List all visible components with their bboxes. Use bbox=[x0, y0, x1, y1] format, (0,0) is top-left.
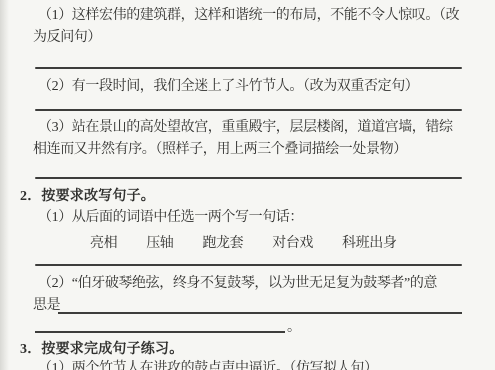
q1-item1-line1: （1）这样宏伟的建筑群，这样和谐统一的布局，不能不令人惊叹。（改 bbox=[38, 8, 459, 23]
answer-line-3 bbox=[35, 177, 462, 179]
fill-in-blank-1 bbox=[58, 312, 462, 314]
scan-edge-shadow bbox=[0, 0, 9, 370]
answer-line-4 bbox=[35, 264, 462, 266]
fill-in-blank-2 bbox=[35, 331, 285, 333]
q1-item1-line2: 为反问句） bbox=[33, 30, 101, 45]
q1-item3-line1: （3）站在景山的高处望故宫，重重殿宇，层层楼阁，道道宫墙，错综 bbox=[38, 120, 453, 135]
blank-end-period: 。 bbox=[287, 320, 301, 335]
word-bank-item: 跑龙套 bbox=[202, 232, 243, 252]
word-bank-item: 亮相 bbox=[90, 232, 117, 252]
q3-item1-partial: （1）两个竹节人在进攻的鼓点声中逼近。（仿写拟人句） bbox=[38, 361, 378, 370]
word-bank-item: 科班出身 bbox=[342, 232, 396, 252]
word-bank-item: 压轴 bbox=[146, 232, 173, 252]
word-bank-item: 对台戏 bbox=[272, 232, 313, 252]
q2-sub2-line1: （2）“伯牙破琴绝弦，终身不复鼓琴，以为世无足复为鼓琴者”的意 bbox=[38, 276, 437, 291]
q2-sub1: （1）从后面的词语中任选一两个写一句话： bbox=[38, 210, 303, 225]
worksheet-page: （1）这样宏伟的建筑群，这样和谐统一的布局，不能不令人惊叹。（改 为反问句） （… bbox=[0, 0, 495, 370]
answer-line-2 bbox=[35, 109, 462, 111]
q1-item2: （2）有一段时间，我们全迷上了斗竹节人。（改为双重否定句） bbox=[38, 79, 418, 94]
section2-heading: 2．按要求改写句子。 bbox=[20, 189, 155, 204]
q2-sub2-line2-prefix: 思是 bbox=[33, 298, 60, 313]
answer-line-1 bbox=[35, 67, 462, 69]
section3-heading: 3．按要求完成句子练习。 bbox=[20, 342, 183, 357]
word-bank: 亮相 压轴 跑龙套 对台戏 科班出身 bbox=[90, 232, 396, 252]
q1-item3-line2: 相连而又井然有序。（照样子，用上两三个叠词描绘一处景物） bbox=[33, 142, 407, 157]
